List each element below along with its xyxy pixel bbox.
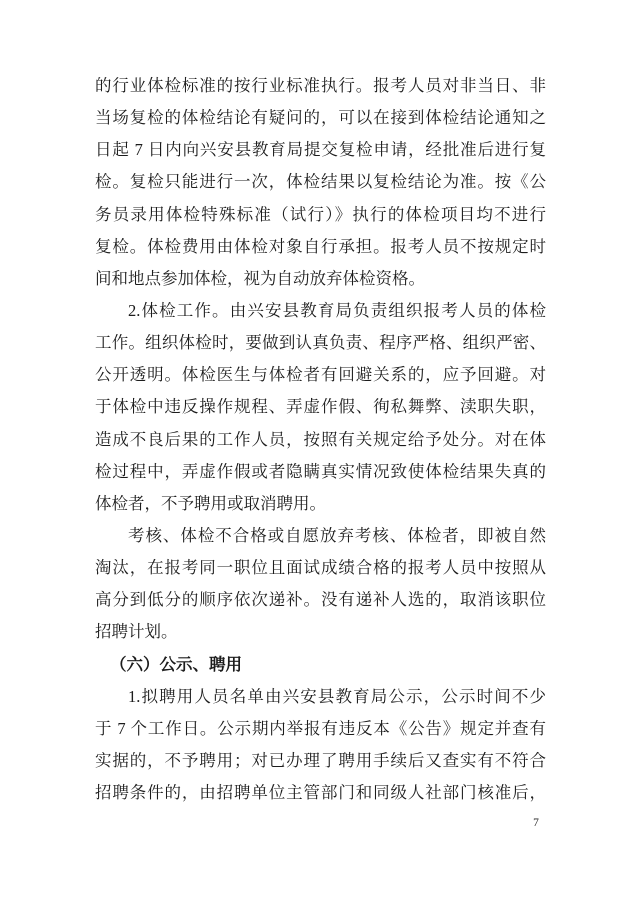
text-line: 复检。体检费用由体检对象自行承担。报考人员不按规定时 <box>95 231 546 263</box>
text-line: 体检者，不予聘用或取消聘用。 <box>95 488 546 520</box>
page-number: 7 <box>529 817 543 829</box>
text-line: 公开透明。体检医生与体检者有回避关系的，应予回避。对 <box>95 359 546 391</box>
text-line: 检。复检只能进行一次，体检结果以复检结论为准。按《公 <box>95 166 546 198</box>
text-line: 实据的，不予聘用；对已办理了聘用手续后又查实有不符合 <box>95 745 546 777</box>
text-line: 招聘条件的，由招聘单位主管部门和同级人社部门核准后， <box>95 777 546 809</box>
text-line: 考核、体检不合格或自愿放弃考核、体检者，即被自然 <box>95 520 546 552</box>
text-line: 2.体检工作。由兴安县教育局负责组织报考人员的体检 <box>95 295 546 327</box>
text-line: 工作。组织体检时，要做到认真负责、程序严格、组织严密、 <box>95 327 546 359</box>
text-line: 日起 7 日内向兴安县教育局提交复检申请，经批准后进行复 <box>95 134 546 166</box>
text-line: 1.拟聘用人员名单由兴安县教育局公示，公示时间不少 <box>95 681 546 713</box>
section-heading: （六）公示、聘用 <box>95 649 546 681</box>
text-line: 淘汰，在报考同一职位且面试成绩合格的报考人员中按照从 <box>95 552 546 584</box>
text-line: 招聘计划。 <box>95 616 546 648</box>
text-line: 务员录用体检特殊标准（试行）》执行的体检项目均不进行 <box>95 199 546 231</box>
text-line: 的行业体检标准的按行业标准执行。报考人员对非当日、非 <box>95 70 546 102</box>
text-line: 于体检中违反操作规程、弄虚作假、徇私舞弊、渎职失职， <box>95 391 546 423</box>
text-line: 高分到低分的顺序依次递补。没有递补人选的，取消该职位 <box>95 584 546 616</box>
text-line: 检过程中，弄虚作假或者隐瞒真实情况致使体检结果失真的 <box>95 456 546 488</box>
text-line: 间和地点参加体检，视为自动放弃体检资格。 <box>95 263 546 295</box>
text-line: 造成不良后果的工作人员，按照有关规定给予处分。对在体 <box>95 424 546 456</box>
text-line: 于 7 个工作日。公示期内举报有违反本《公告》规定并查有 <box>95 713 546 745</box>
text-line: 当场复检的体检结论有疑问的，可以在接到体检结论通知之 <box>95 102 546 134</box>
document-text-block: 的行业体检标准的按行业标准执行。报考人员对非当日、非当场复检的体检结论有疑问的，… <box>95 70 546 809</box>
document-page: 的行业体检标准的按行业标准执行。报考人员对非当日、非当场复检的体检结论有疑问的，… <box>0 0 636 900</box>
